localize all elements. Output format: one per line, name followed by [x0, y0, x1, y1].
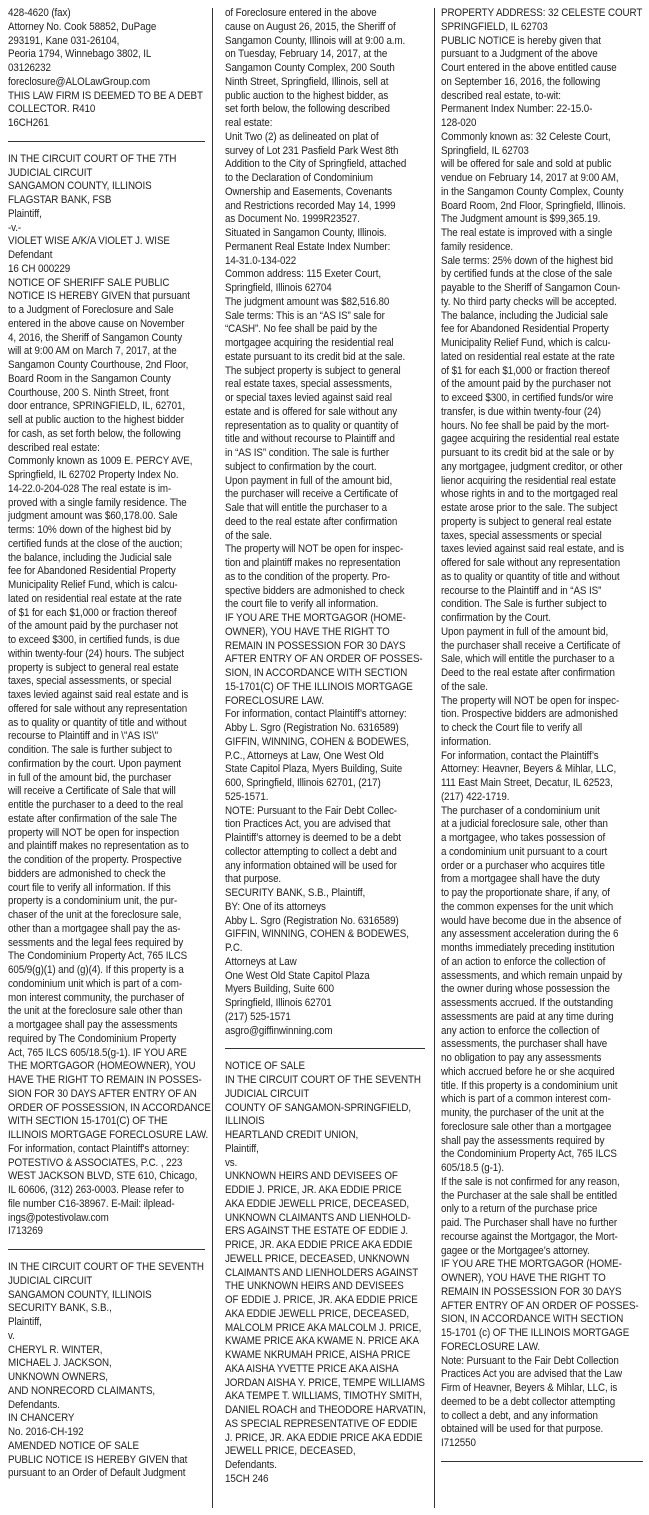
- notice-text-line: cause on August 26, 2015, the Sheriff of: [225, 21, 397, 35]
- notice-text-line: property is subject to general real esta…: [8, 662, 177, 676]
- notice-text-line: AKA EDDIE JEWELL PRICE, DECEASED,: [225, 1198, 397, 1212]
- notice-text-line: REMAIN IN POSSESSION FOR 30 DAYS: [225, 640, 397, 654]
- notice-text-line: recourse to Plaintiff and in \"AS IS\": [8, 730, 177, 744]
- notice-text-line: in “AS IS” condition. The sale is furthe…: [225, 447, 397, 461]
- notice-text-line: SECURITY BANK, S.B.,: [8, 1302, 177, 1316]
- notice-text-line: Act, 765 ILCS 605/18.5(g-1). IF YOU ARE: [8, 1047, 177, 1061]
- notice-text-line: GIFFIN, WINNING, COHEN & BODEWES,: [225, 928, 397, 942]
- notice-text-line: SANGAMON COUNTY, ILLINOIS: [8, 180, 177, 194]
- notice-text-line: Plaintiff,: [8, 1316, 177, 1330]
- notice-text-line: HAVE THE RIGHT TO REMAIN IN POSSES-: [8, 1074, 177, 1088]
- notice-text-line: property will NOT be open for inspection: [8, 827, 177, 841]
- notice-text-line: GIFFIN, WINNING, COHEN & BODEWES,: [225, 736, 397, 750]
- notice-text-line: spective bidders are admonished to check: [225, 585, 397, 599]
- notice-text-line: BY: One of its attorneys: [225, 901, 397, 915]
- notice-text-line: vs.: [225, 1157, 397, 1171]
- notice-text-line: the Condominium Property Act, 765 ILCS: [441, 1148, 615, 1162]
- notice-text-line: 14-31.0-134-022: [225, 255, 397, 269]
- notice-text-line: MICHAEL J. JACKSON,: [8, 1357, 177, 1371]
- notice-text-line: IN THE CIRCUIT COURT OF THE SEVENTH: [225, 1074, 397, 1088]
- notice-text-line: judgment amount was $60,178.00. Sale: [8, 510, 177, 524]
- notice-text-line: tion Practices Act, you are advised that: [225, 818, 397, 832]
- notice-text-line: Unit Two (2) as delineated on plat of: [225, 131, 397, 145]
- notice-text-line: -v.-: [8, 222, 177, 236]
- notice-text-line: the common expenses for the unit which: [441, 901, 615, 915]
- notice-text-line: One West Old State Capitol Plaza: [225, 970, 397, 984]
- notice-text-line: NOTE: Pursuant to the Fair Debt Collec-: [225, 805, 397, 819]
- notice-text-line: to check the Court file to verify all: [441, 722, 615, 736]
- notice-text-line: WITH SECTION 15-1701(C) OF THE: [8, 1115, 177, 1129]
- notice-text-line: The real estate is improved with a singl…: [441, 227, 615, 241]
- notice-text-line: title and without recourse to Plaintiff …: [225, 433, 397, 447]
- legal-notice: of Foreclosure entered in the abovecause…: [225, 7, 425, 1038]
- notice-text-line: ILLINOIS: [225, 1115, 397, 1129]
- notice-text-line: CHERYL R. WINTER,: [8, 1344, 177, 1358]
- notice-text-line: the balance, including the Judicial sale: [8, 552, 177, 566]
- notice-text-line: IL 60606, (312) 263-0003. Please refer t…: [8, 1184, 177, 1198]
- notice-text-line: to exceed $300, in certified funds, is d…: [8, 634, 177, 648]
- notice-text-line: assessments accrued. If the outstanding: [441, 997, 615, 1011]
- notice-text-line: PUBLIC NOTICE is hereby given that: [441, 35, 615, 49]
- notice-text-line: other than a mortgagee shall pay the as-: [8, 923, 177, 937]
- notice-text-line: door entrance, SPRINGFIELD, IL, 62701,: [8, 400, 177, 414]
- notice-text-line: pursuant to a Judgment of the above: [441, 48, 615, 62]
- notice-text-line: Sangamon County Complex, 200 South: [225, 62, 397, 76]
- notice-text-line: of $1 for each $1,000 or fraction thereo…: [8, 607, 177, 621]
- notice-text-line: for cash, as set forth below, the follow…: [8, 428, 177, 442]
- notice-text-line: DANIEL ROACH and THEODORE HARVATIN,: [225, 1404, 397, 1418]
- notice-text-line: JEWELL PRICE, DECEASED,: [225, 1445, 397, 1459]
- notice-text-line: file number C16-38967. E-Mail: ilplead-: [8, 1198, 177, 1212]
- notice-text-line: any assessment acceleration during the 6: [441, 928, 615, 942]
- legal-notice: 428-4620 (fax)Attorney No. Cook 58852, D…: [8, 7, 205, 131]
- notice-text-line: fee for Abandoned Residential Property: [8, 565, 177, 579]
- notice-text-line: payable to the Sheriff of Sangamon Coun-: [441, 282, 615, 296]
- notice-text-line: SION, IN ACCORDANCE WITH SECTION: [441, 1313, 615, 1327]
- notice-text-line: confirmation by the Court.: [441, 612, 615, 626]
- notice-text-line: For information, contact Plaintiff's att…: [8, 1143, 177, 1157]
- notice-text-line: Upon payment in full of the amount bid,: [225, 475, 397, 489]
- notice-text-line: a mortgagee, who takes possession of: [441, 832, 615, 846]
- notice-text-line: the court file to verify all information…: [225, 598, 397, 612]
- notice-text-line: Deed to the real estate after confirmati…: [441, 667, 615, 681]
- notice-text-line: J. PRICE, JR. AKA EDDIE PRICE AKA EDDIE: [225, 1432, 397, 1446]
- notice-text-line: taxes levied against said real estate an…: [8, 689, 177, 703]
- notice-text-line: KWAME NKRUMAH PRICE, AISHA PRICE: [225, 1349, 397, 1363]
- notice-text-line: VIOLET WISE A/K/A VIOLET J. WISE: [8, 235, 177, 249]
- notice-text-line: v.: [8, 1330, 177, 1344]
- notice-text-line: Board Room in the Sangamon County: [8, 373, 177, 387]
- notice-text-line: IN THE CIRCUIT COURT OF THE SEVENTH: [8, 1261, 177, 1275]
- notice-text-line: THE UNKNOWN HEIRS AND DEVISEES: [225, 1280, 397, 1294]
- notice-text-line: sessments and the legal fees required by: [8, 937, 177, 951]
- notice-text-line: AMENDED NOTICE OF SALE: [8, 1440, 177, 1454]
- notice-text-line: foreclosure@ALOLawGroup.com: [8, 76, 177, 90]
- notice-text-line: offered for sale without any representat…: [8, 703, 177, 717]
- notice-text-line: SANGAMON COUNTY, ILLINOIS: [8, 1289, 177, 1303]
- notice-text-line: Defendants.: [8, 1399, 177, 1413]
- notice-text-line: COUNTY OF SANGAMON-SPRINGFIELD,: [225, 1102, 397, 1116]
- notice-text-line: required by The Condominium Property: [8, 1033, 177, 1047]
- notice-text-line: 111 East Main Street, Decatur, IL 62523,: [441, 777, 615, 791]
- notice-text-line: condition. The Sale is further subject t…: [441, 598, 615, 612]
- notice-text-line: Commonly known as: 32 Celeste Court,: [441, 131, 615, 145]
- notice-text-line: assessments, the purchaser shall have: [441, 1038, 615, 1052]
- notice-text-line: of $1 for each $1,000 or fraction thereo…: [441, 365, 615, 379]
- notice-text-line: OWNER), YOU HAVE THE RIGHT TO: [225, 626, 397, 640]
- notice-text-line: The property will NOT be open for inspec…: [441, 695, 615, 709]
- notice-text-line: PRICE, JR. AKA EDDIE PRICE AKA EDDIE: [225, 1239, 397, 1253]
- notice-text-line: Upon payment in full of the amount bid,: [441, 626, 615, 640]
- notice-text-line: AS SPECIAL REPRESENTATIVE OF EDDIE: [225, 1418, 397, 1432]
- notice-text-line: OWNER), YOU HAVE THE RIGHT TO: [441, 1272, 615, 1286]
- notice-text-line: AKA TEMPE T. WILLIAMS, TIMOTHY SMITH,: [225, 1390, 397, 1404]
- notice-text-line: (217) 422-1719.: [441, 791, 615, 805]
- notice-text-line: the owner during whose possession the: [441, 983, 615, 997]
- notice-text-line: “CASH”. No fee shall be paid by the: [225, 323, 397, 337]
- notice-text-line: and Restrictions recorded May 14, 1999: [225, 200, 397, 214]
- column-top-spacer: [225, 0, 425, 7]
- notice-separator-rule: [225, 1048, 425, 1049]
- notice-text-line: foreclosure sale other than a mortgagee: [441, 1121, 615, 1135]
- notice-text-line: I712550: [441, 1437, 615, 1451]
- notice-text-line: NOTICE IS HEREBY GIVEN that pursuant: [8, 290, 177, 304]
- notice-text-line: pursuant to its credit bid at the sale o…: [441, 447, 615, 461]
- notice-text-line: For information, contact Plaintiff’s att…: [225, 708, 397, 722]
- notice-text-line: The Judgment amount is $99,365.19.: [441, 213, 615, 227]
- notice-text-line: P.C.: [225, 942, 397, 956]
- notice-text-line: REMAIN IN POSSESSION FOR 30 DAYS: [441, 1286, 615, 1300]
- column-top-spacer: [441, 0, 643, 7]
- notice-text-line: FLAGSTAR BANK, FSB: [8, 194, 177, 208]
- notice-text-line: deemed to be a debt collector attempting: [441, 1396, 615, 1410]
- notice-text-line: hours. No fee shall be paid by the mort-: [441, 420, 615, 434]
- notice-text-line: set forth below, the following described: [225, 103, 397, 117]
- notice-text-line: title. If this property is a condominium…: [441, 1080, 615, 1094]
- notice-text-line: Peoria 1794, Winnebago 3802, IL: [8, 48, 177, 62]
- notice-text-line: AKA EDDIE JEWELL PRICE, DECEASED,: [225, 1308, 397, 1322]
- notice-text-line: assessments, and which remain unpaid by: [441, 970, 615, 984]
- notice-text-line: If the sale is not confirmed for any rea…: [441, 1176, 615, 1190]
- notice-separator-rule: [441, 1461, 643, 1462]
- notice-text-line: property is a condominium unit, the pur-: [8, 895, 177, 909]
- notice-text-line: whose rights in and to the mortgaged rea…: [441, 488, 615, 502]
- notice-text-line: in full of the amount bid, the purchaser: [8, 772, 177, 786]
- notice-text-line: Ninth Street, Springfield, Illinois, sel…: [225, 76, 397, 90]
- notice-text-line: estate arose prior to the sale. The subj…: [441, 502, 615, 516]
- notice-text-line: SION, IN ACCORDANCE WITH SECTION: [225, 667, 397, 681]
- notice-text-line: entitle the purchaser to a deed to the r…: [8, 799, 177, 813]
- notice-text-line: Abby L. Sgro (Registration No. 6316589): [225, 722, 397, 736]
- notice-text-line: chaser of the unit at the foreclosure sa…: [8, 909, 177, 923]
- notice-text-line: offered for sale without any representat…: [441, 557, 615, 571]
- notice-text-line: any action to enforce the collection of: [441, 1025, 615, 1039]
- notice-text-line: taxes, special assessments, or special: [8, 675, 177, 689]
- notice-text-line: within twenty-four (24) hours. The subje…: [8, 648, 177, 662]
- notice-text-line: Springfield, IL 62702 Property Index No.: [8, 469, 177, 483]
- notice-text-line: to a Judgment of Foreclosure and Sale: [8, 304, 177, 318]
- notice-text-line: collector attempting to collect a debt a…: [225, 846, 397, 860]
- notice-text-line: ings@potestivolaw.com: [8, 1212, 177, 1226]
- notice-text-line: Sale that will entitle the purchaser to …: [225, 502, 397, 516]
- column-divider: [212, 8, 213, 1508]
- notice-text-line: FORECLOSURE LAW.: [441, 1341, 615, 1355]
- notice-text-line: Note: Pursuant to the Fair Debt Collecti…: [441, 1355, 615, 1369]
- notice-text-line: JUDICIAL CIRCUIT: [8, 167, 177, 181]
- notice-text-line: mon interest community, the purchaser of: [8, 992, 177, 1006]
- notice-text-line: Board Room, 2nd Floor, Springfield, Illi…: [441, 200, 615, 214]
- notice-text-line: 14-22.0-204-028 The real estate is im-: [8, 483, 177, 497]
- column-top-spacer: [8, 0, 205, 7]
- notice-text-line: 128-020: [441, 117, 615, 131]
- notice-text-line: of the sale.: [225, 530, 397, 544]
- notice-text-line: proved with a single family residence. T…: [8, 497, 177, 511]
- notice-text-line: sell at public auction to the highest bi…: [8, 414, 177, 428]
- notice-text-line: No. 2016-CH-192: [8, 1426, 177, 1440]
- notice-text-line: taxes, special assessments or special: [441, 530, 615, 544]
- notice-text-line: IN THE CIRCUIT COURT OF THE 7TH: [8, 153, 177, 167]
- notice-text-line: 525-1571.: [225, 791, 397, 805]
- notice-text-line: real estate:: [225, 117, 397, 131]
- legal-notices-page: 428-4620 (fax)Attorney No. Cook 58852, D…: [0, 0, 649, 1515]
- notice-text-line: WEST JACKSON BLVD, STE 610, Chicago,: [8, 1170, 177, 1184]
- notice-text-line: property is subject to general real esta…: [441, 516, 615, 530]
- notice-text-line: AKA AISHA YVETTE PRICE AKA AISHA: [225, 1363, 397, 1377]
- notice-text-line: 15-1701 (c) OF THE ILLINOIS MORTGAGE: [441, 1327, 615, 1341]
- notice-text-line: THE MORTGAGOR (HOMEOWNER), YOU: [8, 1060, 177, 1074]
- notice-text-line: MALCOLM PRICE AKA MALCOLM J. PRICE,: [225, 1322, 397, 1336]
- notice-text-line: any mortgagee, judgment creditor, or oth…: [441, 461, 615, 475]
- notice-text-line: OF EDDIE J. PRICE, JR. AKA EDDIE PRICE: [225, 1294, 397, 1308]
- notice-text-line: JUDICIAL CIRCUIT: [8, 1275, 177, 1289]
- legal-notice: IN THE CIRCUIT COURT OF THE SEVENTHJUDIC…: [8, 1261, 205, 1481]
- notice-text-line: assessments are paid at any time during: [441, 1011, 615, 1025]
- notice-text-line: of Foreclosure entered in the above: [225, 7, 397, 21]
- notice-text-line: SECURITY BANK, S.B., Plaintiff,: [225, 887, 397, 901]
- legal-notice: IN THE CIRCUIT COURT OF THE 7THJUDICIAL …: [8, 153, 205, 1239]
- notice-text-line: gagee acquiring the residential real est…: [441, 433, 615, 447]
- notice-text-line: SPRINGFIELD, IL 62703: [441, 21, 615, 35]
- notice-text-line: tion and plaintiff makes no representati…: [225, 557, 397, 571]
- notice-text-line: CLAIMANTS AND LIENHOLDERS AGAINST: [225, 1267, 397, 1281]
- notice-text-line: in the Sangamon County Complex, County: [441, 186, 615, 200]
- notice-separator-rule: [8, 141, 205, 142]
- notice-text-line: Sangamon County, Illinois will at 9:00 a…: [225, 35, 397, 49]
- notice-text-line: Firm of Heavner, Beyers & Mihlar, LLC, i…: [441, 1382, 615, 1396]
- notice-text-line: Attorney No. Cook 58852, DuPage: [8, 21, 177, 35]
- notice-text-line: described real estate:: [8, 442, 177, 456]
- notice-text-line: of the amount paid by the purchaser not: [8, 620, 177, 634]
- notice-text-line: pursuant to an Order of Default Judgment: [8, 1467, 177, 1481]
- notice-text-line: AFTER ENTRY OF AN ORDER OF POSSES-: [441, 1300, 615, 1314]
- notice-text-line: public auction to the highest bidder, as: [225, 90, 397, 104]
- notice-text-line: Abby L. Sgro (Registration No. 6316589): [225, 915, 397, 929]
- notice-text-line: 605/9(g)(1) and (g)(4). If this property…: [8, 964, 177, 978]
- column-3: PROPERTY ADDRESS: 32 CELESTE COURTSPRING…: [441, 0, 643, 1515]
- notice-text-line: estate pursuant to its credit bid at the…: [225, 351, 397, 365]
- notice-text-line: UNKNOWN CLAIMANTS AND LIENHOLD-: [225, 1212, 397, 1226]
- notice-text-line: KWAME PRICE AKA KWAME N. PRICE AKA: [225, 1335, 397, 1349]
- notice-text-line: order or a purchaser who acquires title: [441, 860, 615, 874]
- notice-text-line: 16CH261: [8, 117, 177, 131]
- notice-text-line: a condominium unit pursuant to a court: [441, 846, 615, 860]
- column-1: 428-4620 (fax)Attorney No. Cook 58852, D…: [8, 0, 205, 1515]
- notice-text-line: any information obtained will be used fo…: [225, 860, 397, 874]
- notice-text-line: 03126232: [8, 62, 177, 76]
- notice-text-line: 605/18.5 (g-1).: [441, 1162, 615, 1176]
- notice-text-line: estate and is offered for sale without a…: [225, 406, 397, 420]
- notice-text-line: and plaintiff makes no representation as…: [8, 840, 177, 854]
- notice-text-line: on Tuesday, February 14, 2017, at the: [225, 48, 397, 62]
- notice-text-line: P.C., Attorneys at Law, One West Old: [225, 750, 397, 764]
- notice-text-line: condition. The sale is further subject t…: [8, 744, 177, 758]
- notice-text-line: ERS AGAINST THE ESTATE OF EDDIE J.: [225, 1225, 397, 1239]
- notice-text-line: Situated in Sangamon County, Illinois.: [225, 227, 397, 241]
- notice-text-line: vendue on February 14, 2017 at 9:00 AM,: [441, 172, 615, 186]
- notice-text-line: The subject property is subject to gener…: [225, 365, 397, 379]
- notice-text-line: 600, Springfield, Illinois 62701, (217): [225, 777, 397, 791]
- notice-text-line: at a judicial foreclosure sale, other th…: [441, 818, 615, 832]
- notice-separator-rule: [8, 1249, 205, 1250]
- notice-text-line: or special taxes levied against said rea…: [225, 392, 397, 406]
- notice-text-line: condominium unit which is part of a com-: [8, 978, 177, 992]
- notice-text-line: Commonly known as 1009 E. PERCY AVE,: [8, 455, 177, 469]
- notice-text-line: lated on residential real estate at the …: [441, 351, 615, 365]
- notice-text-line: Sale terms: This is an “AS IS” sale for: [225, 310, 397, 324]
- notice-text-line: the unit at the foreclosure sale other t…: [8, 1005, 177, 1019]
- notice-text-line: estate after confirmation of the sale Th…: [8, 813, 177, 827]
- notice-text-line: IN CHANCERY: [8, 1412, 177, 1426]
- notice-text-line: Sangamon County Courthouse, 2nd Floor,: [8, 359, 177, 373]
- notice-text-line: Sale, which will entitle the purchaser t…: [441, 653, 615, 667]
- notice-text-line: Ownership and Easements, Covenants: [225, 186, 397, 200]
- notice-text-line: PROPERTY ADDRESS: 32 CELESTE COURT: [441, 7, 615, 21]
- notice-text-line: survey of Lot 231 Pasfield Park West 8th: [225, 145, 397, 159]
- notice-text-line: Plaintiff,: [225, 1143, 397, 1157]
- notice-text-line: IF YOU ARE THE MORTGAGOR (HOME-: [441, 1258, 615, 1272]
- notice-text-line: Plaintiff’s attorney is deemed to be a d…: [225, 832, 397, 846]
- notice-text-line: of the sale.: [441, 681, 615, 695]
- notice-text-line: State Capitol Plaza, Myers Building, Sui…: [225, 763, 397, 777]
- notice-text-line: recourse against the Mortgagor, the Mort…: [441, 1231, 615, 1245]
- notice-text-line: lienor acquiring the residential real es…: [441, 475, 615, 489]
- notice-text-line: that purpose.: [225, 873, 397, 887]
- notice-text-line: EDDIE J. PRICE, JR. AKA EDDIE PRICE: [225, 1184, 397, 1198]
- notice-text-line: subject to confirmation by the court.: [225, 461, 397, 475]
- notice-text-line: tion. Prospective bidders are admonished: [441, 708, 615, 722]
- notice-text-line: Permanent Index Number: 22-15.0-: [441, 103, 615, 117]
- notice-text-line: ORDER OF POSSESSION, IN ACCORDANCE: [8, 1102, 177, 1116]
- notice-text-line: JUDICIAL CIRCUIT: [225, 1088, 397, 1102]
- column-2: of Foreclosure entered in the abovecause…: [225, 0, 425, 1515]
- notice-text-line: to collect a debt, and any information: [441, 1410, 615, 1424]
- notice-text-line: Common address: 115 Exeter Court,: [225, 268, 397, 282]
- notice-text-line: transfer, is due within twenty-four (24): [441, 406, 615, 420]
- notice-text-line: FORECLOSURE LAW.: [225, 695, 397, 709]
- notice-text-line: munity, the purchaser of the unit at the: [441, 1107, 615, 1121]
- notice-text-line: will receive a Certificate of Sale that …: [8, 785, 177, 799]
- notice-text-line: obtained will be used for that purpose.: [441, 1423, 615, 1437]
- notice-text-line: will at 9:00 AM on March 7, 2017, at the: [8, 345, 177, 359]
- notice-text-line: deed to the real estate after confirmati…: [225, 516, 397, 530]
- notice-text-line: the condition of the property. Prospecti…: [8, 854, 177, 868]
- legal-notice: NOTICE OF SALEIN THE CIRCUIT COURT OF TH…: [225, 1060, 425, 1486]
- notice-text-line: of an action to enforce the collection o…: [441, 956, 615, 970]
- notice-text-line: by certified funds at the close of the s…: [441, 268, 615, 282]
- notice-text-line: Springfield, IL 62703: [441, 145, 615, 159]
- notice-text-line: The judgment amount was $82,516.80: [225, 296, 397, 310]
- notice-text-line: to the Declaration of Condominium: [225, 172, 397, 186]
- notice-text-line: representation as to quality or quantity…: [225, 420, 397, 434]
- notice-text-line: SION FOR 30 DAYS AFTER ENTRY OF AN: [8, 1088, 177, 1102]
- notice-text-line: Attorneys at Law: [225, 956, 397, 970]
- notice-text-line: gagee or the Mortgagee’s attorney.: [441, 1245, 615, 1259]
- notice-text-line: shall pay the assessments required by: [441, 1135, 615, 1149]
- notice-text-line: entered in the above cause on November: [8, 318, 177, 332]
- legal-notice: PROPERTY ADDRESS: 32 CELESTE COURTSPRING…: [441, 7, 643, 1451]
- notice-text-line: Springfield, Illinois 62704: [225, 282, 397, 296]
- notice-text-line: JEWELL PRICE, DECEASED, UNKNOWN: [225, 1253, 397, 1267]
- notice-text-line: Myers Building, Suite 600: [225, 983, 397, 997]
- notice-text-line: HEARTLAND CREDIT UNION,: [225, 1129, 397, 1143]
- notice-text-line: JORDAN AISHA Y. PRICE, TEMPE WILLIAMS: [225, 1377, 397, 1391]
- notice-text-line: as to quality or quantity of title and w…: [441, 571, 615, 585]
- notice-text-line: Court entered in the above entitled caus…: [441, 62, 615, 76]
- notice-text-line: Defendants.: [225, 1459, 397, 1473]
- notice-text-line: PUBLIC NOTICE IS HEREBY GIVEN that: [8, 1454, 177, 1468]
- notice-text-line: no obligation to pay any assessments: [441, 1052, 615, 1066]
- notice-text-line: Practices Act you are advised that the L…: [441, 1368, 615, 1382]
- notice-text-line: months immediately preceding institution: [441, 942, 615, 956]
- notice-text-line: real estate taxes, special assessments,: [225, 378, 397, 392]
- notice-text-line: certified funds at the close of the auct…: [8, 538, 177, 552]
- notice-text-line: The Condominium Property Act, 765 ILCS: [8, 950, 177, 964]
- notice-text-line: which is part of a common interest com-: [441, 1093, 615, 1107]
- notice-text-line: confirmation by the court. Upon payment: [8, 758, 177, 772]
- notice-text-line: as Document No. 1999R23527.: [225, 213, 397, 227]
- notice-text-line: Permanent Real Estate Index Number:: [225, 241, 397, 255]
- notice-text-line: terms: 10% down of the highest bid by: [8, 524, 177, 538]
- notice-text-line: AFTER ENTRY OF AN ORDER OF POSSES-: [225, 653, 397, 667]
- notice-text-line: paid. The Purchaser shall have no furthe…: [441, 1217, 615, 1231]
- notice-text-line: 15-1701(C) OF THE ILLINOIS MORTGAGE: [225, 681, 397, 695]
- notice-text-line: Attorney: Heavner, Beyers & Mihlar, LLC,: [441, 763, 615, 777]
- notice-text-line: court file to verify all information. If…: [8, 882, 177, 896]
- notice-text-line: ILLINOIS MORTGAGE FORECLOSURE LAW.: [8, 1129, 177, 1143]
- notice-text-line: Sale terms: 25% down of the highest bid: [441, 255, 615, 269]
- notice-text-line: THIS LAW FIRM IS DEEMED TO BE A DEBT: [8, 90, 177, 104]
- notice-text-line: Addition to the City of Springfield, att…: [225, 158, 397, 172]
- notice-text-line: information.: [441, 736, 615, 750]
- notice-text-line: UNKNOWN OWNERS,: [8, 1371, 177, 1385]
- notice-text-line: the Purchaser at the sale shall be entit…: [441, 1190, 615, 1204]
- notice-text-line: on September 16, 2016, the following: [441, 76, 615, 90]
- notice-text-line: Municipality Relief Fund, which is calcu…: [8, 579, 177, 593]
- notice-text-line: from a mortgagee shall have the duty: [441, 873, 615, 887]
- notice-text-line: family residence.: [441, 241, 615, 255]
- notice-text-line: 15CH 246: [225, 1473, 397, 1487]
- notice-text-line: I713269: [8, 1225, 177, 1239]
- notice-text-line: of the amount paid by the purchaser not: [441, 378, 615, 392]
- notice-text-line: a mortgagee shall pay the assessments: [8, 1019, 177, 1033]
- notice-text-line: will be offered for sale and sold at pub…: [441, 158, 615, 172]
- notice-text-line: described real estate, to-wit:: [441, 90, 615, 104]
- notice-text-line: (217) 525-1571: [225, 1011, 397, 1025]
- notice-text-line: For information, contact the Plaintiff’s: [441, 750, 615, 764]
- notice-text-line: bidders are admonished to check the: [8, 868, 177, 882]
- notice-text-line: only to a return of the purchase price: [441, 1203, 615, 1217]
- notice-text-line: as to quality or quantity of title and w…: [8, 717, 177, 731]
